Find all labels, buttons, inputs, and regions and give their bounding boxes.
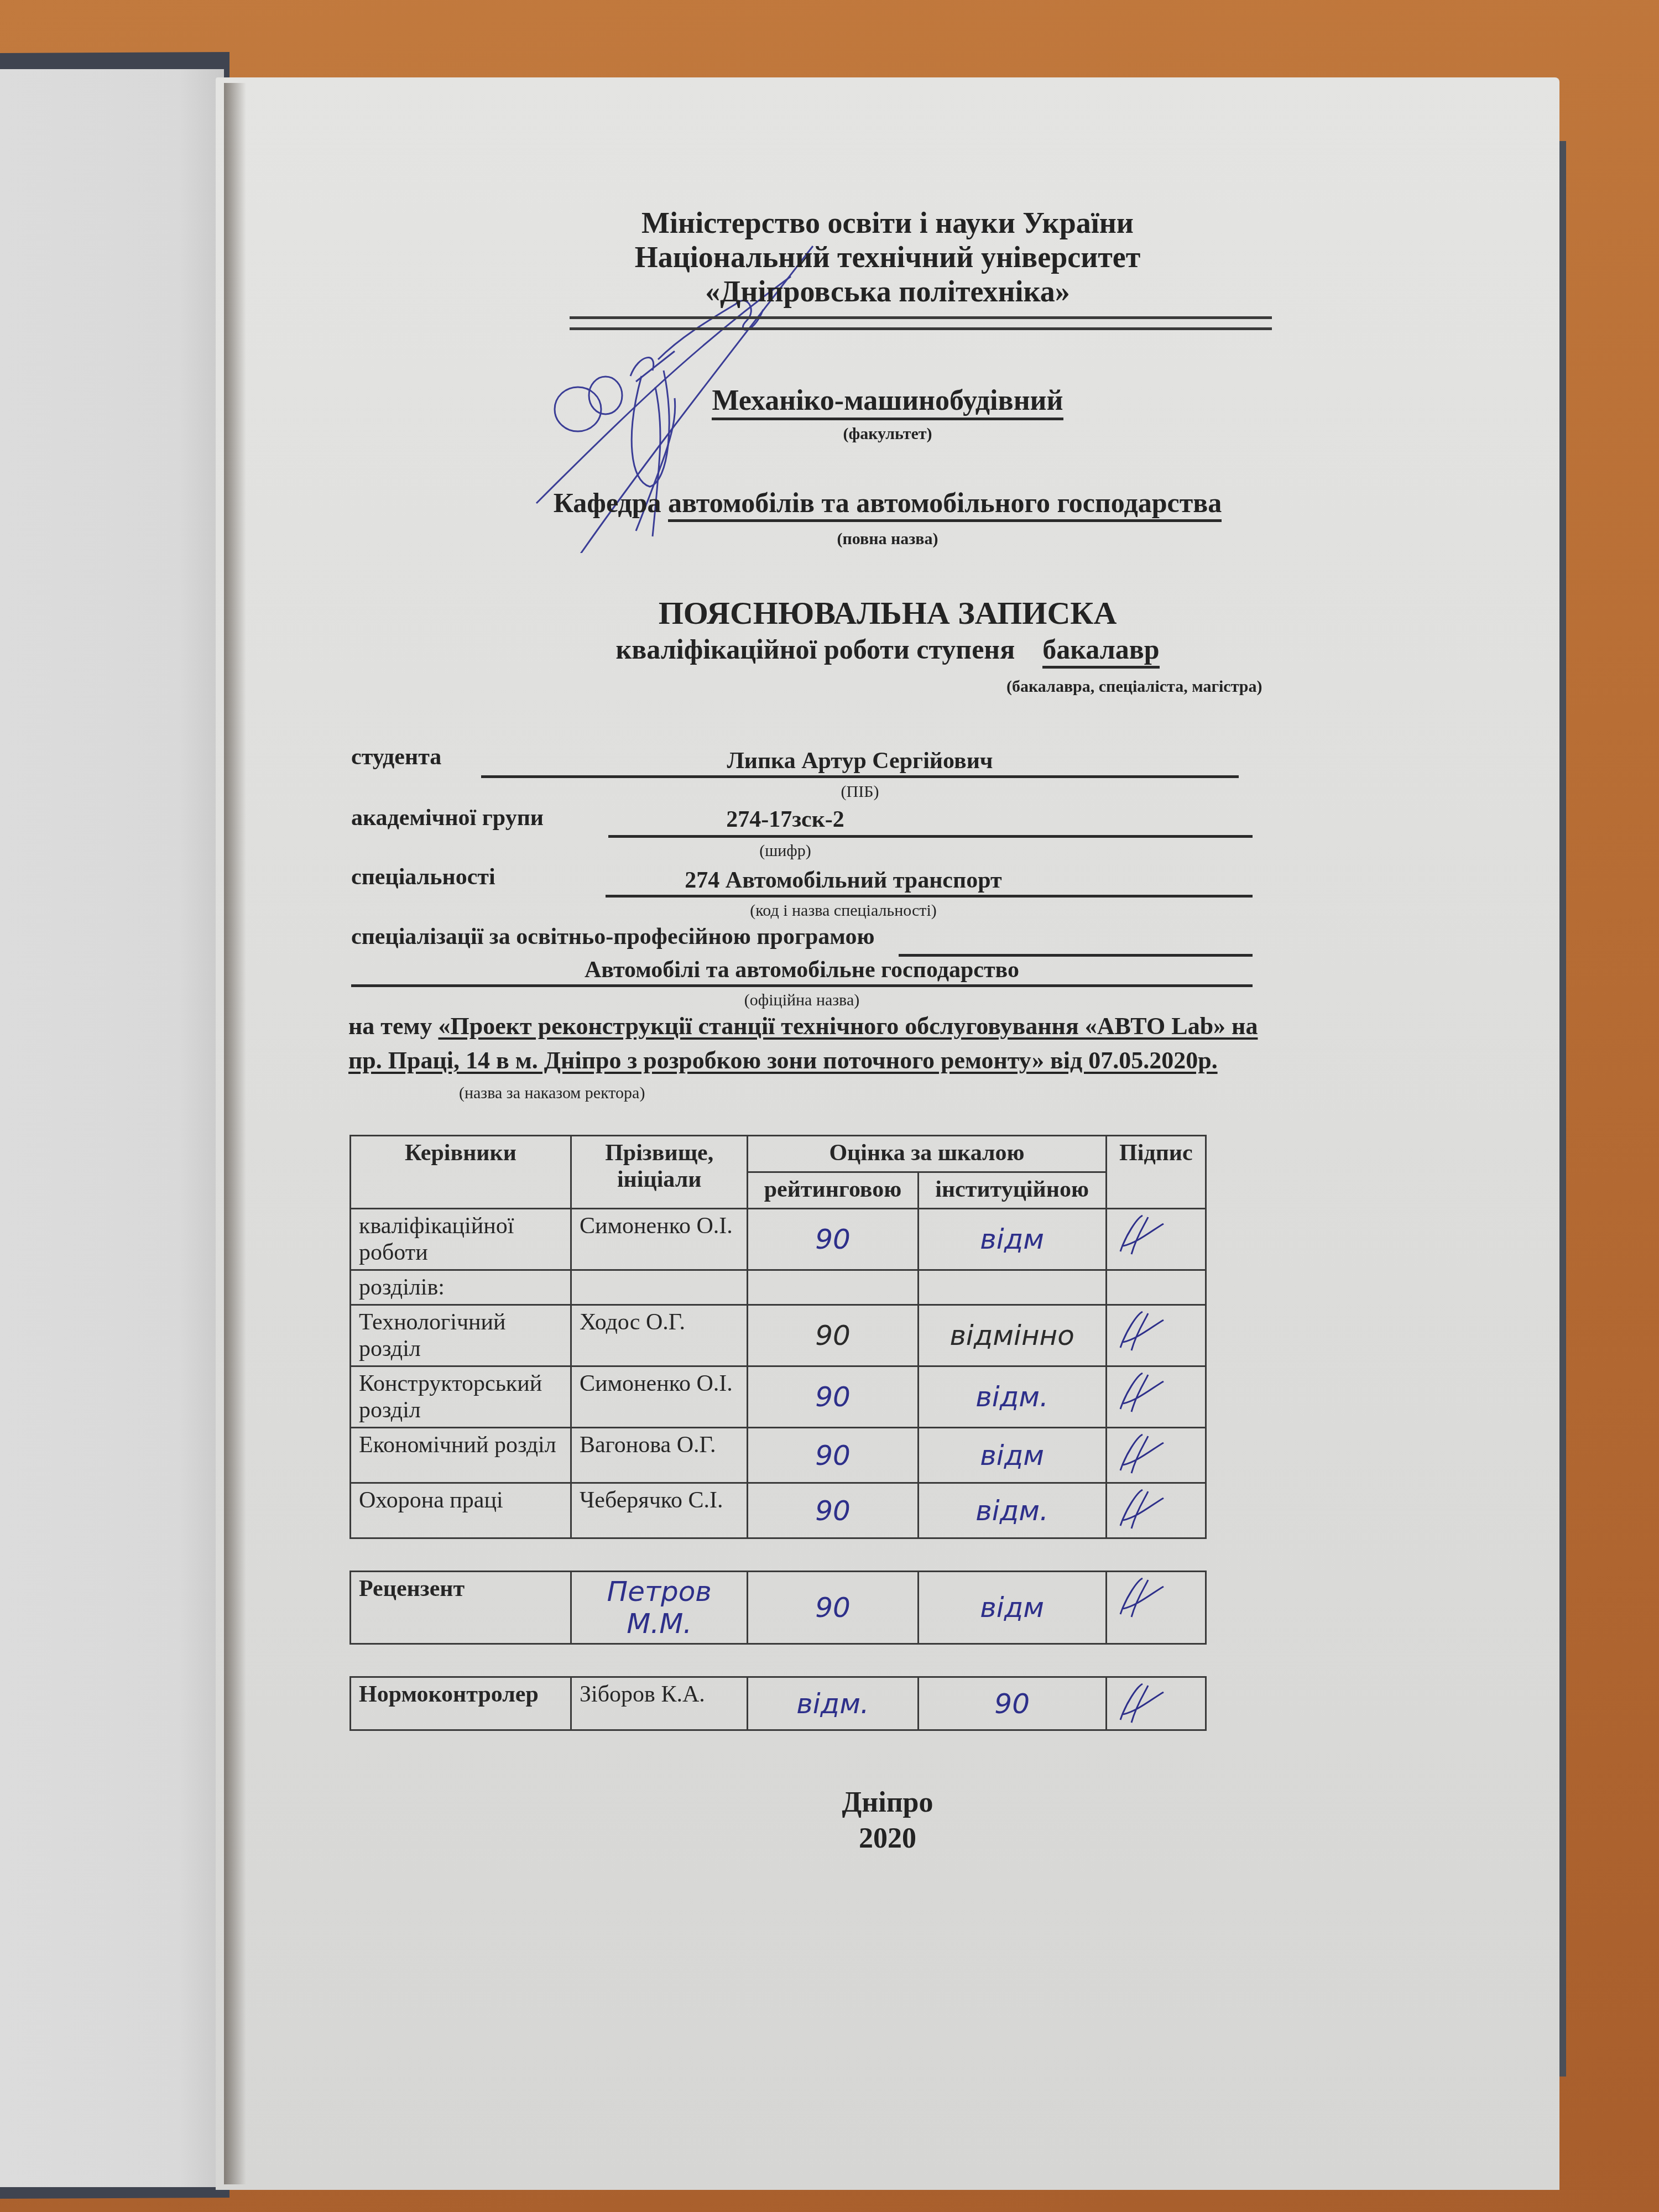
table-header-row: Керівники Прізвище, ініціали Оцінка за ш… (351, 1136, 1206, 1172)
handwritten-signature-icon (1115, 1575, 1165, 1620)
university-title: «Дніпровська політехніка» (216, 274, 1559, 309)
table-spacer (351, 1538, 1206, 1572)
table-row-reviewer: Рецензент Петров М.М. 90 відм (351, 1572, 1206, 1644)
row-rating: 90 (748, 1483, 918, 1538)
specialty-label: спеціальності (351, 864, 495, 890)
student-label: студента (351, 744, 441, 770)
reviewer-name: Петров М.М. (571, 1572, 747, 1644)
topic-caption: (назва за наказом ректора) (459, 1084, 645, 1103)
reviewer-institutional: відм (918, 1572, 1106, 1644)
student-caption: (ПІБ) (481, 782, 1239, 801)
row-role: кваліфікаційної роботи (351, 1209, 571, 1270)
handwritten-signature-icon (1115, 1309, 1165, 1353)
previous-page (0, 69, 224, 2187)
table-row: Технологічний розділХодос О.Г.90відмінно (351, 1305, 1206, 1366)
faculty-caption: (факультет) (216, 425, 1559, 444)
handwritten-signature-icon (1115, 1213, 1165, 1257)
reviewer-role: Рецензент (351, 1572, 571, 1644)
degree-caption: (бакалавра, спеціаліста, магістра) (1006, 677, 1262, 696)
norm-controller-rating: відм. (748, 1677, 918, 1730)
faculty-block: Механіко-машинобудівний (216, 384, 1559, 417)
norm-controller-institutional: 90 (918, 1677, 1106, 1730)
row-signature (1106, 1428, 1206, 1483)
table-row-norm-controller: Нормоконтролер Зіборов К.А. відм. 90 (351, 1677, 1206, 1730)
specialization-value: Автомобілі та автомобільне господарство (351, 957, 1253, 983)
row-signature (1106, 1209, 1206, 1270)
row-role: Охорона праці (351, 1483, 571, 1538)
group-caption: (шифр) (608, 842, 962, 860)
topic-prefix: на тему (348, 1013, 432, 1040)
norm-controller-name: Зіборов К.А. (571, 1677, 747, 1730)
row-rating: 90 (748, 1209, 918, 1270)
row-rating (748, 1270, 918, 1305)
topic-text-2: пр. Праці, 14 в м. Дніпро з розробкою зо… (348, 1047, 1218, 1074)
student-underline (481, 775, 1239, 778)
header-name: Прізвище, ініціали (571, 1136, 747, 1209)
row-name: Симоненко О.І. (571, 1209, 747, 1270)
header-grade: Оцінка за шкалою (748, 1136, 1106, 1172)
row-name: Ходос О.Г. (571, 1305, 747, 1366)
row-institutional: відм. (918, 1366, 1106, 1428)
degree-value: бакалавр (1042, 634, 1159, 669)
title-page-sheet: До захисту Міністерство освіти і науки У… (216, 77, 1559, 2190)
table-row: розділів: (351, 1270, 1206, 1305)
supervisors-grades-table: Керівники Прізвище, ініціали Оцінка за ш… (349, 1135, 1207, 1731)
document-content: До захисту Міністерство освіти і науки У… (216, 77, 1559, 2190)
student-name: Липка Артур Сергійович (481, 748, 1239, 774)
row-role: Технологічний розділ (351, 1305, 571, 1366)
row-name: Вагонова О.Г. (571, 1428, 747, 1483)
row-name (571, 1270, 747, 1305)
group-code: 274-17зск-2 (608, 806, 962, 833)
handwritten-signature-icon (1115, 1432, 1165, 1476)
row-rating: 90 (748, 1428, 918, 1483)
row-signature (1106, 1483, 1206, 1538)
department-caption: (повна назва) (216, 530, 1559, 549)
norm-controller-role: Нормоконтролер (351, 1677, 571, 1730)
topic-line-1: на тему «Проект реконструкції станції те… (348, 1012, 1258, 1040)
specialization-label: спеціалізації за освітньо-професійною пр… (351, 924, 874, 950)
row-institutional: відм (918, 1428, 1106, 1483)
specialization-caption: (офіційна назва) (351, 991, 1253, 1010)
specialty-caption: (код і назва спеціальності) (606, 901, 1081, 920)
row-rating: 90 (748, 1305, 918, 1366)
header-rule-bottom (570, 327, 1272, 330)
page-gutter-shadow (224, 83, 246, 2184)
table-row: кваліфікаційної роботиСимоненко О.І.90ві… (351, 1209, 1206, 1270)
header-rating-scale: рейтинговою (748, 1172, 918, 1209)
document-subtitle: кваліфікаційної роботи ступеня бакалавр (216, 633, 1559, 665)
header-signature: Підпис (1106, 1136, 1206, 1209)
specialty-value: 274 Автомобільний транспорт (606, 867, 1081, 894)
row-institutional: відм. (918, 1483, 1106, 1538)
group-label: академічної групи (351, 805, 544, 831)
footer-city: Дніпро (216, 1786, 1559, 1819)
row-institutional: відмінно (918, 1305, 1106, 1366)
row-name: Симоненко О.І. (571, 1366, 747, 1428)
specialization-underline-2 (351, 984, 1253, 987)
department-block: Кафедра автомобілів та автомобільного го… (216, 487, 1559, 519)
handwritten-signature-icon (1115, 1487, 1165, 1531)
university-name: Національний технічний університет (216, 240, 1559, 274)
department-name: автомобілів та автомобільного господарст… (668, 487, 1222, 522)
row-role: розділів: (351, 1270, 571, 1305)
header-role: Керівники (351, 1136, 571, 1209)
reviewer-rating: 90 (748, 1572, 918, 1644)
footer-year: 2020 (216, 1822, 1559, 1855)
row-role: Конструкторський розділ (351, 1366, 571, 1428)
row-institutional: відм (918, 1209, 1106, 1270)
topic-text-1: «Проект реконструкції станції технічного… (438, 1013, 1258, 1040)
table-spacer-2 (351, 1644, 1206, 1677)
row-role: Економічний розділ (351, 1428, 571, 1483)
faculty-name: Механіко-машинобудівний (712, 385, 1063, 420)
norm-controller-signature (1106, 1677, 1206, 1730)
department-prefix: Кафедра (554, 487, 661, 518)
topic-line-2: пр. Праці, 14 в м. Дніпро з розробкою зо… (348, 1046, 1218, 1074)
row-signature (1106, 1366, 1206, 1428)
handwritten-signature-icon (1115, 1681, 1165, 1725)
header-institutional-scale: інституційною (918, 1172, 1106, 1209)
table-row: Охорона праціЧеберячко С.І.90відм. (351, 1483, 1206, 1538)
row-name: Чеберячко С.І. (571, 1483, 747, 1538)
group-underline (608, 835, 1253, 838)
reviewer-signature (1106, 1572, 1206, 1644)
table-row: Конструкторський розділСимоненко О.І.90в… (351, 1366, 1206, 1428)
degree-label: кваліфікаційної роботи ступеня (615, 634, 1015, 665)
table-row: Економічний розділВагонова О.Г.90відм (351, 1428, 1206, 1483)
row-signature (1106, 1305, 1206, 1366)
header-rule-top (570, 316, 1272, 319)
ministry-name: Міністерство освіти і науки України (216, 206, 1559, 240)
document-title: ПОЯСНЮВАЛЬНА ЗАПИСКА (216, 594, 1559, 632)
row-rating: 90 (748, 1366, 918, 1428)
specialty-underline (606, 895, 1253, 898)
row-signature (1106, 1270, 1206, 1305)
row-institutional (918, 1270, 1106, 1305)
handwritten-signature-icon (1115, 1370, 1165, 1415)
